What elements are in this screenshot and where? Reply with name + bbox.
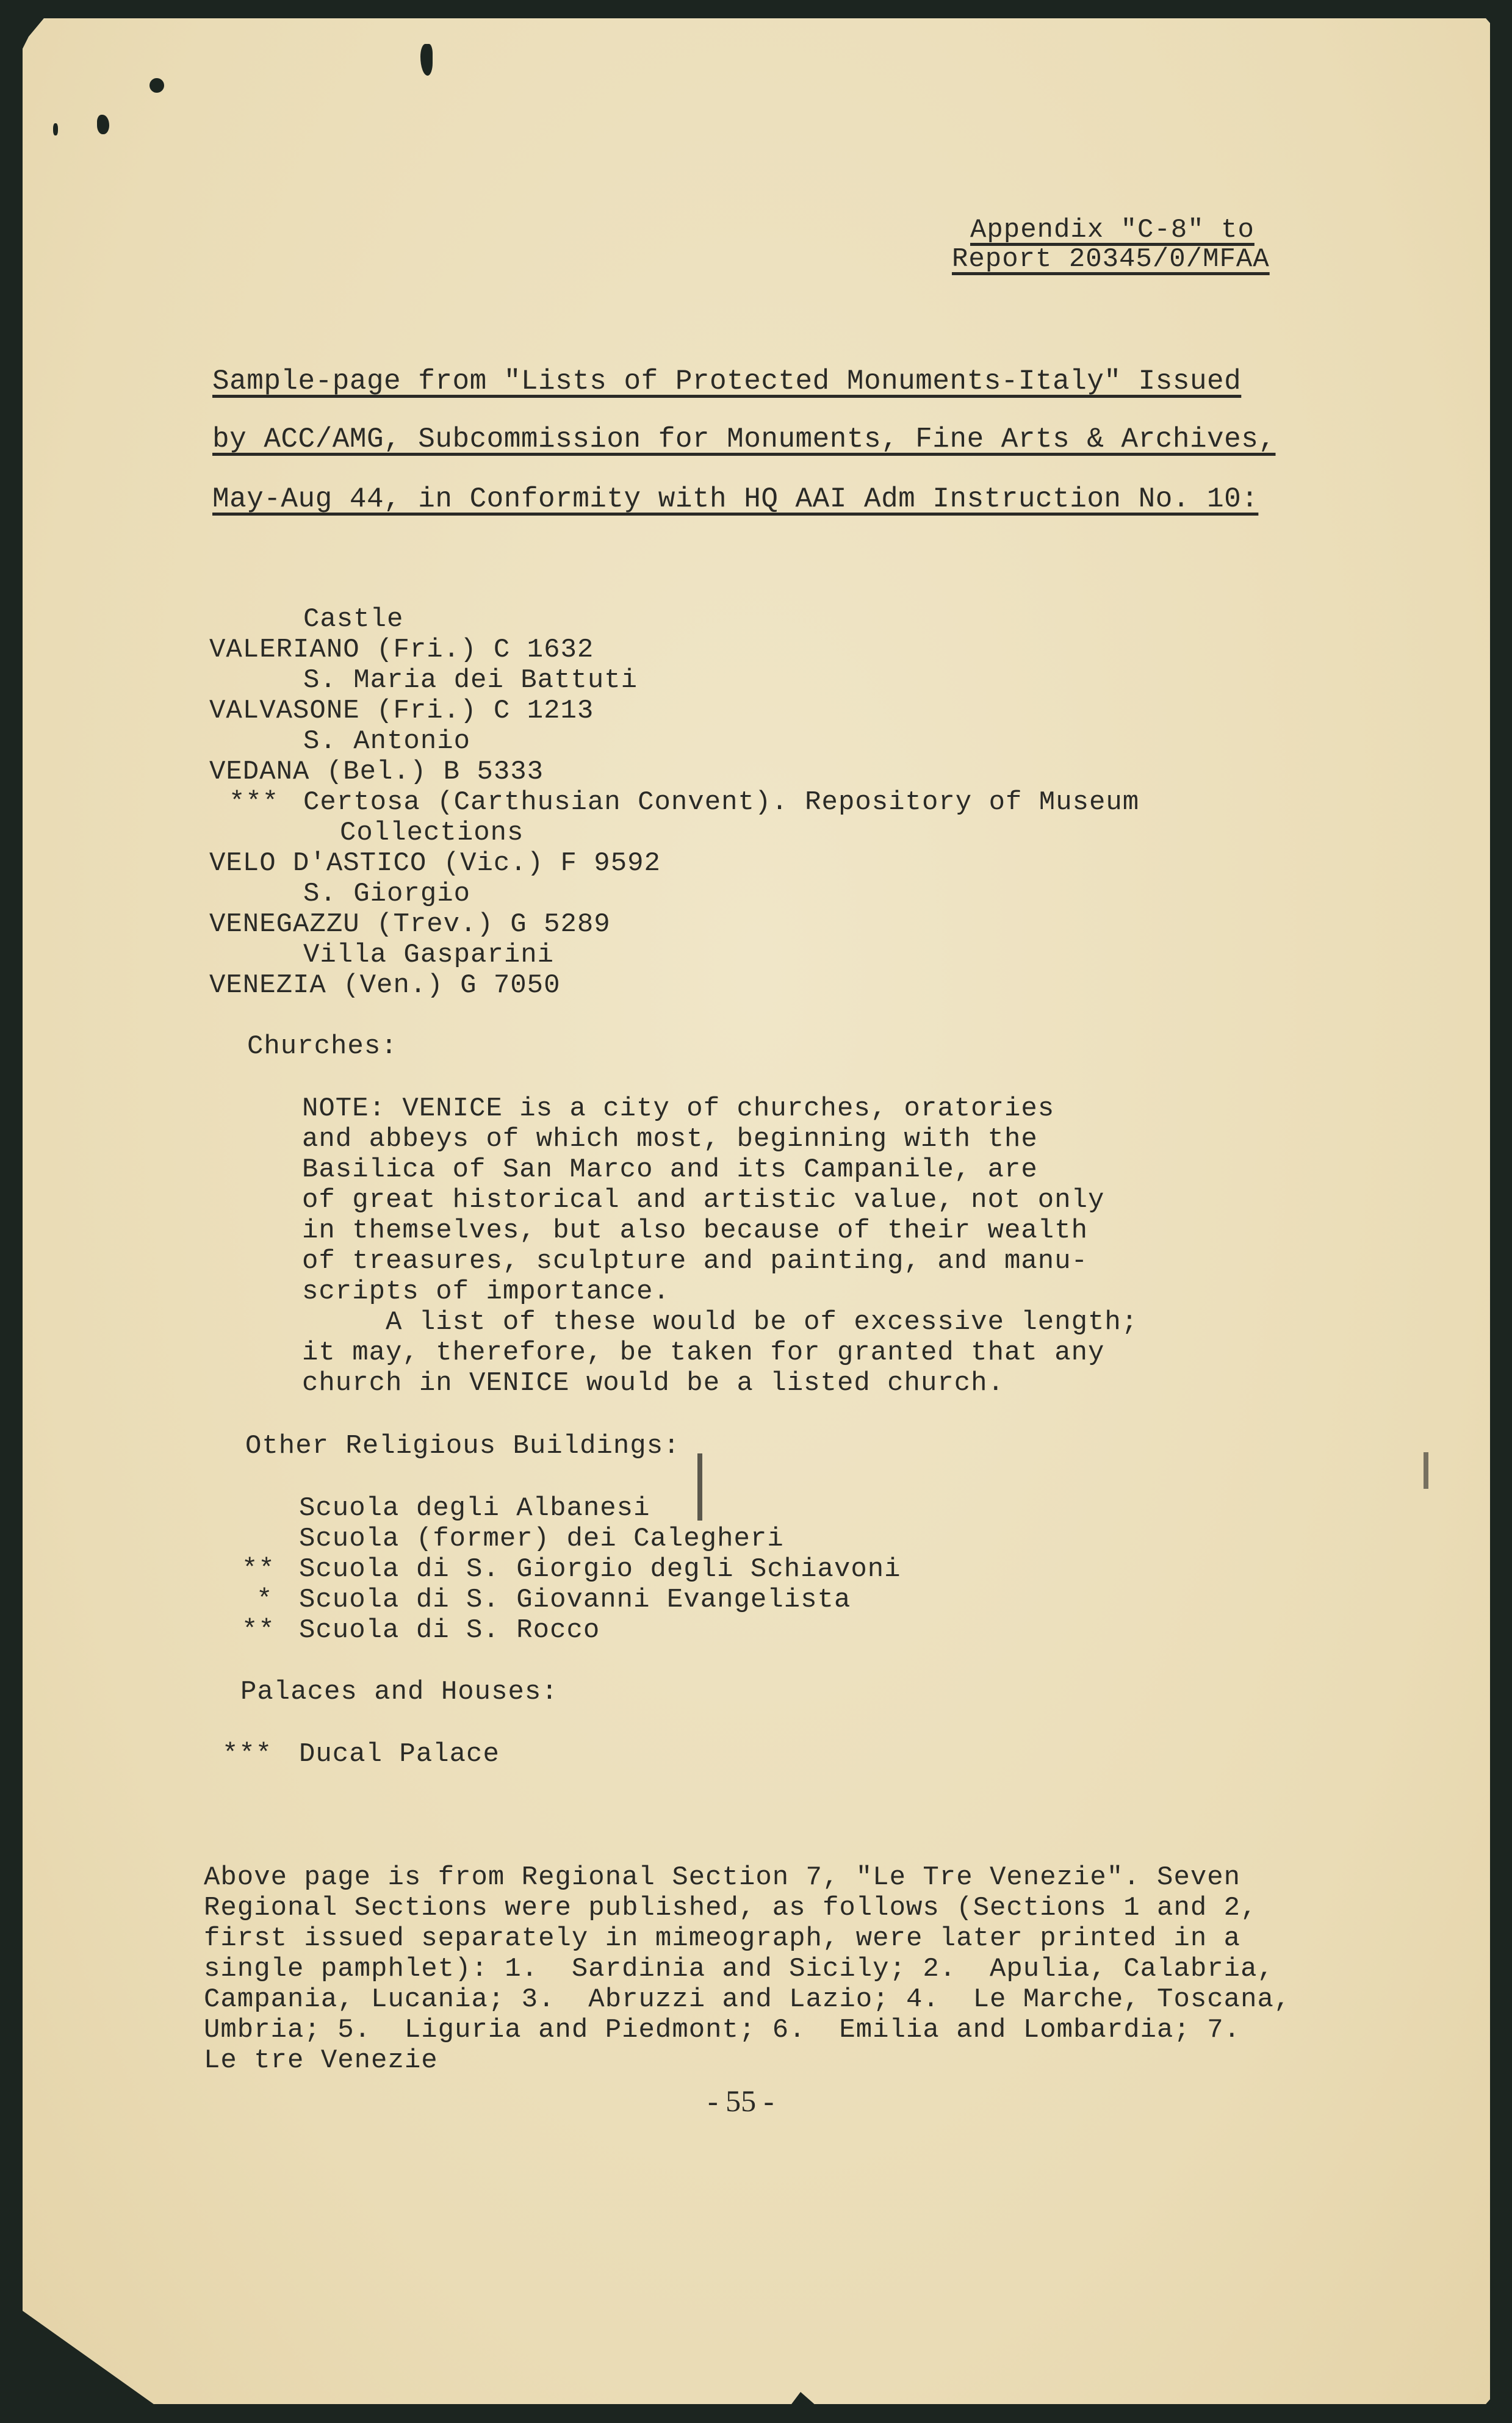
monument-entry: Castle bbox=[303, 604, 403, 635]
footnote-line: first issued separately in mimeograph, w… bbox=[204, 1923, 1240, 1954]
place-entry: VALVASONE (Fri.) C 1213 bbox=[209, 696, 594, 726]
ink-speck bbox=[1424, 1452, 1428, 1489]
note-line: it may, therefore, be taken for granted … bbox=[302, 1338, 1104, 1368]
footnote-line: Above page is from Regional Section 7, "… bbox=[204, 1862, 1240, 1893]
monument-entry: S. Maria dei Battuti bbox=[303, 665, 638, 696]
building-entry: Scuola di S. Giorgio degli Schiavoni bbox=[299, 1554, 901, 1585]
section-heading-palaces: Palaces and Houses: bbox=[240, 1677, 558, 1707]
footnote-line: Campania, Lucania; 3. Abruzzi and Lazio;… bbox=[204, 1984, 1291, 2015]
rating-stars: *** bbox=[222, 1739, 272, 1770]
note-line: of treasures, sculpture and painting, an… bbox=[302, 1246, 1088, 1276]
section-heading-churches: Churches: bbox=[247, 1031, 398, 1062]
place-entry: VENEGAZZU (Trev.) G 5289 bbox=[209, 909, 611, 940]
place-entry: VENEZIA (Ven.) G 7050 bbox=[209, 970, 561, 1001]
note-line: in themselves, but also because of their… bbox=[302, 1215, 1088, 1246]
place-entry: VELO D'ASTICO (Vic.) F 9592 bbox=[209, 848, 661, 879]
monument-entry-continuation: Collections bbox=[340, 818, 524, 848]
torn-spot bbox=[420, 44, 433, 76]
page-number: - 55 - bbox=[708, 2083, 774, 2119]
note-line: and abbeys of which most, beginning with… bbox=[302, 1124, 1038, 1154]
monument-entry: Villa Gasparini bbox=[303, 940, 554, 970]
building-entry: Scuola di S. Giovanni Evangelista bbox=[299, 1585, 851, 1615]
appendix-line-1: Appendix "C-8" to bbox=[970, 215, 1255, 245]
note-line: NOTE: VENICE is a city of churches, orat… bbox=[302, 1093, 1054, 1124]
rating-stars: ** bbox=[242, 1615, 275, 1646]
torn-spot bbox=[97, 115, 109, 134]
appendix-line-2: Report 20345/0/MFAA bbox=[952, 244, 1270, 275]
note-line: Basilica of San Marco and its Campanile,… bbox=[302, 1154, 1038, 1185]
note-line: church in VENICE would be a listed churc… bbox=[302, 1368, 1004, 1399]
footnote-line: single pamphlet): 1. Sardinia and Sicily… bbox=[204, 1954, 1274, 1984]
footnote-line: Regional Sections were published, as fol… bbox=[204, 1893, 1257, 1923]
building-entry: Scuola di S. Rocco bbox=[299, 1615, 600, 1646]
title-line-2: by ACC/AMG, Subcommission for Monuments,… bbox=[212, 424, 1275, 455]
title-line-1: Sample-page from "Lists of Protected Mon… bbox=[212, 366, 1241, 397]
building-entry: Scuola degli Albanesi bbox=[299, 1493, 650, 1524]
place-entry: VEDANA (Bel.) B 5333 bbox=[209, 757, 544, 787]
punch-hole bbox=[149, 78, 164, 93]
footnote-line: Umbria; 5. Liguria and Piedmont; 6. Emil… bbox=[204, 2015, 1240, 2045]
building-entry: Scuola (former) dei Calegheri bbox=[299, 1524, 784, 1554]
torn-spot bbox=[53, 123, 58, 135]
note-line: scripts of importance. bbox=[302, 1276, 670, 1307]
footnote-line: Le tre Venezie bbox=[204, 2045, 438, 2076]
section-heading-other-religious: Other Religious Buildings: bbox=[245, 1431, 680, 1461]
note-line: A list of these would be of excessive le… bbox=[302, 1307, 1138, 1338]
rating-stars: *** bbox=[229, 787, 279, 818]
monument-entry: Certosa (Carthusian Convent). Repository… bbox=[303, 787, 1139, 818]
palace-entry: Ducal Palace bbox=[299, 1739, 500, 1770]
place-entry: VALERIANO (Fri.) C 1632 bbox=[209, 635, 594, 665]
rating-stars: ** bbox=[242, 1554, 275, 1585]
note-line: of great historical and artistic value, … bbox=[302, 1185, 1104, 1215]
rating-stars: * bbox=[256, 1585, 273, 1615]
monument-entry: S. Antonio bbox=[303, 726, 470, 757]
title-line-3: May-Aug 44, in Conformity with HQ AAI Ad… bbox=[212, 484, 1258, 514]
monument-entry: S. Giorgio bbox=[303, 879, 470, 909]
ink-smudge bbox=[697, 1453, 702, 1521]
